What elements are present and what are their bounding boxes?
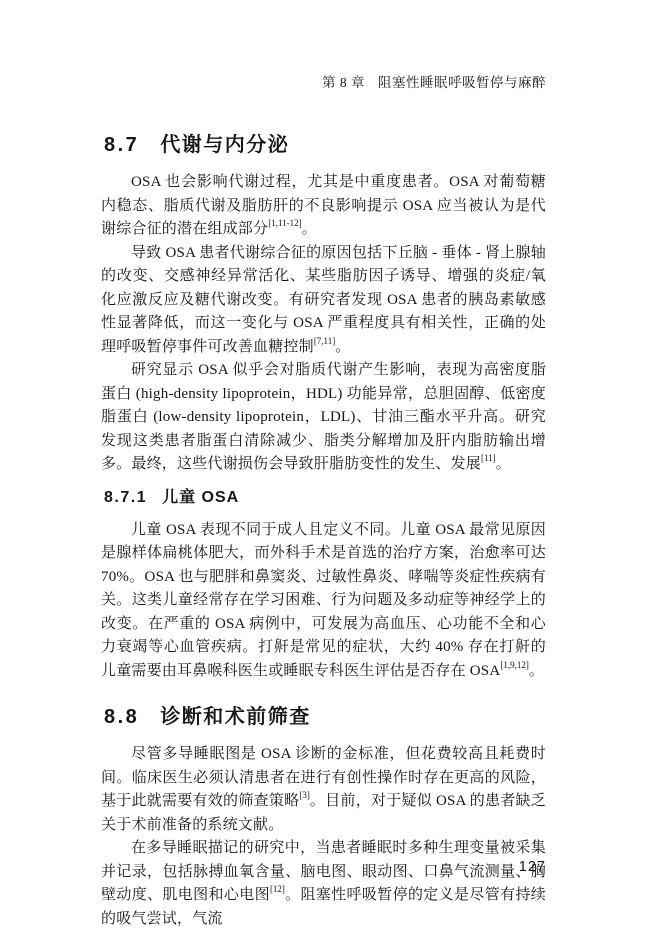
paragraph: OSA 也会影响代谢过程，尤其是中重度患者。OSA 对葡萄糖内稳态、脂质代谢及脂… (101, 171, 546, 242)
section-heading-diagnosis-screening: 8.8诊断和术前筛查 (104, 704, 546, 730)
citation-ref: [11] (481, 453, 496, 463)
paragraph-text: 。 (529, 663, 544, 679)
paragraph-text: 研究显示 OSA 似乎会对脂质代谢产生影响，表现为高密度脂蛋白 (high-de… (101, 362, 546, 472)
paragraph-text: 儿童 OSA 表现不同于成人且定义不同。儿童 OSA 最常见原因是腺样体扁桃体肥… (101, 522, 546, 679)
citation-ref: [12] (270, 884, 285, 894)
paragraph-text: 。 (302, 221, 317, 237)
section-number: 8.8 (104, 706, 139, 728)
paragraph: 研究显示 OSA 似乎会对脂质代谢产生影响，表现为高密度脂蛋白 (high-de… (101, 359, 546, 477)
page-number: 127 (100, 859, 546, 875)
section-title: 代谢与内分泌 (160, 134, 289, 156)
citation-ref: [3] (299, 790, 310, 800)
citation-ref: [7,11] (314, 336, 335, 346)
section-number: 8.7.1 (104, 489, 147, 506)
paragraph-text: 。 (496, 456, 511, 472)
subsection-heading-pediatric-osa: 8.7.1儿童 OSA (104, 487, 546, 508)
paragraph: 导致 OSA 患者代谢综合征的原因包括下丘脑 - 垂体 - 肾上腺轴的改变、交感… (101, 242, 546, 360)
section-title: 诊断和术前筛查 (160, 706, 311, 728)
paragraph-text: 。 (335, 339, 350, 355)
paragraph: 尽管多导睡眠图是 OSA 诊断的金标准，但花费较高且耗费时间。临床医生必须认清患… (101, 743, 546, 837)
citation-ref: [1,11-12] (268, 218, 301, 228)
section-heading-metabolism: 8.7代谢与内分泌 (104, 132, 546, 158)
citation-ref: [1,9,12] (500, 660, 529, 670)
paragraph: 儿童 OSA 表现不同于成人且定义不同。儿童 OSA 最常见原因是腺样体扁桃体肥… (101, 519, 546, 684)
book-page: 第 8 章阻塞性睡眠呼吸暂停与麻醉 8.7代谢与内分泌 OSA 也会影响代谢过程… (0, 0, 646, 929)
page-content: 8.7代谢与内分泌 OSA 也会影响代谢过程，尤其是中重度患者。OSA 对葡萄糖… (101, 0, 546, 929)
section-number: 8.7 (104, 134, 139, 156)
section-title: 儿童 OSA (162, 489, 239, 506)
paragraph-text: OSA 也会影响代谢过程，尤其是中重度患者。OSA 对葡萄糖内稳态、脂质代谢及脂… (101, 174, 546, 237)
paragraph: 在多导睡眠描记的研究中，当患者睡眠时多种生理变量被采集并记录，包括脉搏血氧含量、… (101, 837, 546, 929)
